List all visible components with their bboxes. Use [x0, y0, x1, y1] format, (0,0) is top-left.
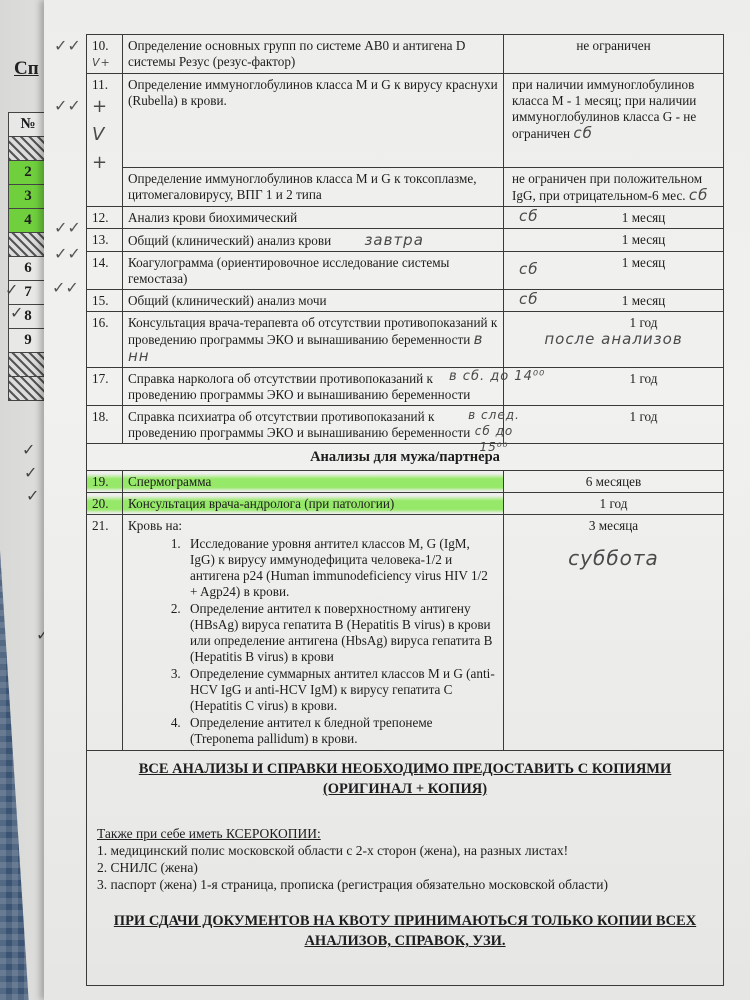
row-number: 14.	[87, 252, 123, 290]
requirement-name: Консультация врача-андролога (при патоло…	[123, 493, 504, 515]
back-sheet-row: 4	[8, 209, 48, 233]
handwritten-note: в след. сб до 15⁰⁰	[459, 407, 529, 455]
back-sheet-row: 6	[8, 257, 48, 281]
back-sheet-column-header: №	[8, 112, 48, 137]
back-sheet-row: 2	[8, 161, 48, 185]
double-check-mark-icon: ✓✓	[54, 244, 81, 263]
validity-period: в след. сб до 15⁰⁰1 год	[504, 406, 724, 444]
quota-warning: ПРИ СДАЧИ ДОКУМЕНТОВ НА КВОТУ ПРИНИМАЮТЬ…	[97, 911, 713, 951]
validity-period: 3 месяца суббота	[504, 515, 724, 751]
row-number: 10.V+	[87, 35, 123, 74]
requirement-name: Общий (клинический) анализ крови завтра	[123, 229, 504, 252]
requirement-name: Спермограмма	[123, 471, 504, 493]
table-row: 17. Справка нарколога об отсутствии прот…	[87, 368, 724, 406]
handwritten-note: сб	[519, 261, 539, 277]
instructions-box: ВСЕ АНАЛИЗЫ И СПРАВКИ НЕОБХОДИМО ПРЕДОСТ…	[86, 751, 724, 986]
table-row: 19. Спермограмма 6 месяцев	[87, 471, 724, 493]
double-check-mark-icon: ✓✓	[54, 36, 81, 55]
handwritten-note: сб	[573, 124, 593, 142]
check-mark-icon: ✓	[22, 440, 35, 459]
partner-section-header: Анализы для мужа/партнера	[87, 444, 724, 471]
requirements-document: 10.V+ Определение основных групп по сист…	[86, 34, 750, 986]
requirement-name: Определение иммуноглобулинов класса M и …	[123, 168, 504, 207]
handwritten-note: в сб. до 14⁰⁰	[449, 369, 545, 385]
check-mark-icon: ✓	[5, 280, 18, 299]
row-number: 21.	[87, 515, 123, 751]
blood-test-list: Исследование уровня антител классов M, G…	[128, 536, 498, 747]
handwritten-note: сб	[519, 208, 539, 224]
row-number: 15.	[87, 290, 123, 312]
table-row: 20. Консультация врача-андролога (при па…	[87, 493, 724, 515]
row-number: 19.	[87, 471, 123, 493]
check-mark-icon: ✓	[26, 486, 39, 505]
table-row: 13. Общий (клинический) анализ крови зав…	[87, 229, 724, 252]
row-number: 18.	[87, 406, 123, 444]
table-row: 14. Коагулограмма (ориентировочное иссле…	[87, 252, 724, 290]
validity-period: сб1 месяц	[504, 207, 724, 229]
table-row: 15. Общий (клинический) анализ мочи сб1 …	[87, 290, 724, 312]
table-row: 11.+ V + Определение иммуноглобулинов кл…	[87, 74, 724, 168]
row-number: 17.	[87, 368, 123, 406]
list-item: Определение антител к поверхностному ант…	[184, 601, 498, 665]
requirement-name: Общий (клинический) анализ мочи	[123, 290, 504, 312]
main-document-sheet: ✓✓ ✓✓ ✓✓ ✓✓ ✓✓ 10.V+ Определение основны…	[44, 0, 750, 1000]
double-check-mark-icon: ✓✓	[52, 278, 79, 297]
copies-warning: ВСЕ АНАЛИЗЫ И СПРАВКИ НЕОБХОДИМО ПРЕДОСТ…	[97, 759, 713, 799]
back-sheet-row: 1	[8, 353, 48, 377]
validity-period: сб1 месяц	[504, 252, 724, 290]
handwritten-note: суббота	[568, 546, 659, 570]
row-number: 20.	[87, 493, 123, 515]
requirement-name: Коагулограмма (ориентировочное исследова…	[123, 252, 504, 290]
requirement-name: Определение основных групп по системе АВ…	[123, 35, 504, 74]
row-number: 13.	[87, 229, 123, 252]
back-sheet-row: 1	[8, 377, 48, 401]
back-sheet-row: 3	[8, 185, 48, 209]
back-sheet-number-column: № 1 2 3 4 5 6 7 8 9 1 1	[8, 112, 48, 401]
photocopy-item: 2. СНИЛС (жена)	[97, 859, 713, 876]
row-number: 16.	[87, 312, 123, 368]
validity-period: сб1 месяц	[504, 290, 724, 312]
list-item: Определение антител к бледной трепонеме …	[184, 715, 498, 747]
table-row: 18. Справка психиатра об отсутствии прот…	[87, 406, 724, 444]
requirement-name: Определение иммуноглобулинов класса M и …	[123, 74, 504, 168]
section-title: Анализы для мужа/партнера	[87, 444, 724, 471]
handwritten-note: после анализов	[544, 330, 682, 348]
back-sheet-row: 5	[8, 233, 48, 257]
requirement-name: Анализ крови биохимический	[123, 207, 504, 229]
requirement-name: Кровь на: Исследование уровня антител кл…	[123, 515, 504, 751]
row-number: 11.+ V +	[87, 74, 123, 207]
validity-period: при наличии иммуноглобулинов класса М - …	[504, 74, 724, 168]
photocopy-item: 3. паспорт (жена) 1-я страница, прописка…	[97, 876, 713, 893]
validity-period: 1 год	[504, 493, 724, 515]
back-sheet-row: 9	[8, 329, 48, 353]
photocopy-item: 1. медицинский полис московской области …	[97, 842, 713, 859]
validity-period: не ограничен	[504, 35, 724, 74]
check-mark-icon: ✓	[24, 463, 37, 482]
table-row: 16. Консультация врача-терапевта об отсу…	[87, 312, 724, 368]
back-sheet-row: 1	[8, 137, 48, 161]
double-check-mark-icon: ✓✓	[54, 96, 81, 115]
table-row: Определение иммуноглобулинов класса M и …	[87, 168, 724, 207]
validity-period: 1 месяц	[504, 229, 724, 252]
table-row: 10.V+ Определение основных групп по сист…	[87, 35, 724, 74]
validity-period: не ограничен при положительном IgG, при …	[504, 168, 724, 207]
validity-period: 6 месяцев	[504, 471, 724, 493]
table-row: 12. Анализ крови биохимический сб1 месяц	[87, 207, 724, 229]
table-row: 21. Кровь на: Исследование уровня антите…	[87, 515, 724, 751]
validity-period: в сб. до 14⁰⁰1 год	[504, 368, 724, 406]
requirement-name: Консультация врача-терапевта об отсутств…	[123, 312, 504, 368]
handwritten-note: сб	[689, 186, 709, 204]
handwritten-note: сб	[519, 291, 539, 307]
requirement-name: Справка психиатра об отсутствии противоп…	[123, 406, 504, 444]
check-mark-icon: ✓	[10, 303, 23, 322]
requirements-table: 10.V+ Определение основных групп по сист…	[86, 34, 724, 751]
row-number: 12.	[87, 207, 123, 229]
validity-period: 1 годпосле анализов	[504, 312, 724, 368]
back-sheet-title: Сп	[14, 58, 39, 80]
list-item: Исследование уровня антител классов M, G…	[184, 536, 498, 600]
double-check-mark-icon: ✓✓	[54, 218, 81, 237]
requirement-name: Справка нарколога об отсутствии противоп…	[123, 368, 504, 406]
handwritten-note: завтра	[364, 231, 423, 249]
list-item: Определение суммарных антител классов M …	[184, 666, 498, 714]
photocopies-title: Также при себе иметь КСЕРОКОПИИ:	[97, 825, 713, 842]
